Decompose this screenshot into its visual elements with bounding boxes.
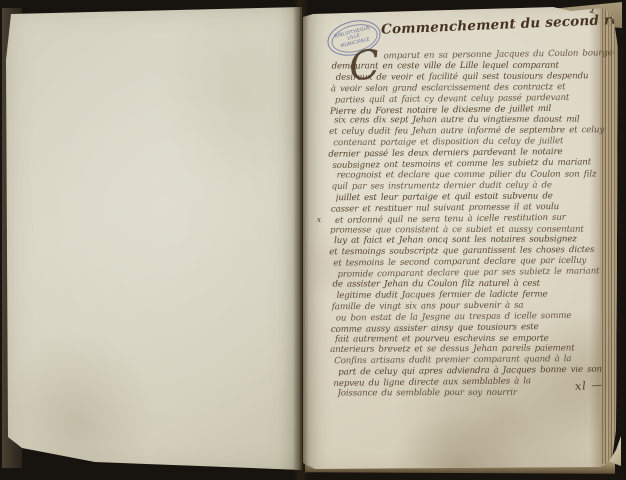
- book-gutter: [293, 0, 309, 480]
- margin-mark: x: [317, 216, 321, 224]
- manuscript-scan: BIBLIOTHEQUE LILLE MUNICIPALE 1 Commench…: [0, 0, 626, 480]
- end-flourish: xl —: [575, 378, 604, 393]
- page-heading: Commenchement du second regystre: [381, 12, 611, 38]
- right-page: BIBLIOTHEQUE LILLE MUNICIPALE 1 Commench…: [303, 0, 626, 480]
- left-page-blank: [0, 0, 302, 480]
- manuscript-text: omparut en sa personne Jacques du Coulon…: [327, 49, 616, 403]
